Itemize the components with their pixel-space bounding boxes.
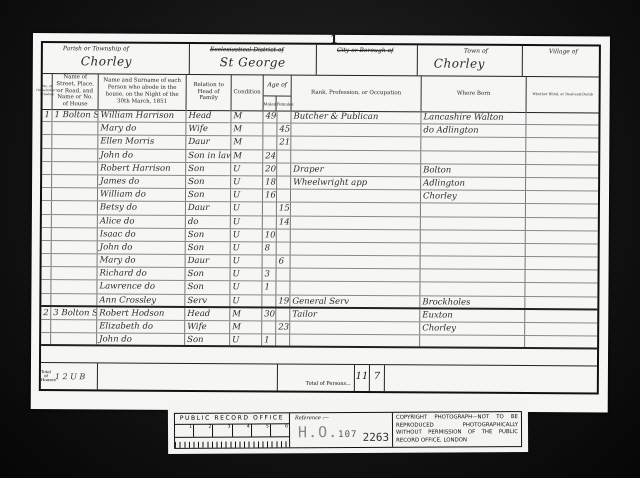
cell-street: [52, 241, 98, 253]
cell-name: John do: [97, 334, 185, 346]
cell-relation: Son: [186, 163, 231, 175]
cell-condition: U: [231, 163, 263, 175]
cell-female-age: 6: [277, 256, 291, 268]
cell-name: William do: [98, 189, 186, 202]
cell-infirmity: [526, 244, 598, 257]
town-value: Chorley: [434, 56, 485, 70]
copyright-notice: COPYRIGHT PHOTOGRAPH—NOT TO BE REPRODUCE…: [393, 412, 521, 447]
column-headers: No. of Householder's Schedule Name of St…: [43, 73, 599, 113]
cell-condition: M: [230, 308, 262, 320]
cell-name: James do: [98, 175, 186, 188]
cell-condition: U: [231, 216, 263, 228]
cell-born: [421, 256, 526, 269]
cell-female-age: [277, 229, 291, 241]
census-form: Parish or Township of Chorley Ecclesiast…: [39, 41, 601, 394]
cell-male-age: 20: [263, 163, 277, 175]
cell-schedule: [42, 162, 52, 174]
total-females: 7: [370, 365, 385, 391]
cell-condition: M: [231, 150, 263, 162]
cell-relation: Son: [186, 176, 231, 188]
cell-born: [421, 217, 526, 230]
cell-female-age: [277, 190, 291, 202]
cell-relation: Daur: [186, 255, 231, 267]
cell-born: [420, 283, 525, 296]
cell-condition: M: [230, 321, 262, 333]
cell-male-age: 1: [262, 335, 276, 346]
cell-occupation: [291, 203, 421, 216]
cell-schedule: [42, 215, 52, 227]
cell-relation: Wife: [185, 321, 230, 333]
cell-condition: U: [231, 203, 263, 215]
cell-male-age: 24: [263, 150, 277, 162]
cell-street: [52, 135, 98, 147]
cell-condition: U: [231, 255, 263, 267]
total-houses: Total of Houses 1 2 U B: [41, 363, 98, 389]
cell-male-age: [263, 124, 277, 136]
ecclesiastical-field: Ecclesiastical District of St George: [190, 44, 317, 75]
cell-infirmity: [525, 323, 597, 336]
cell-female-age: [277, 176, 291, 188]
cell-relation: Son: [186, 242, 231, 254]
cell-street: [52, 215, 98, 227]
cell-schedule: [42, 201, 52, 213]
cell-occupation: Butcher & Publican: [291, 111, 421, 124]
cell-relation: do: [186, 215, 231, 227]
cell-name: Mary do: [98, 123, 186, 136]
cell-occupation: [291, 124, 421, 137]
form-header: Parish or Township of Chorley Ecclesiast…: [43, 43, 599, 77]
cell-relation: Wife: [186, 123, 231, 135]
cell-occupation: Draper: [291, 163, 421, 176]
cell-female-age: [276, 308, 290, 320]
ecclesiastical-value: St George: [220, 55, 286, 69]
cell-relation: Daur: [186, 202, 231, 214]
cell-condition: U: [231, 176, 263, 188]
cell-condition: U: [230, 268, 262, 280]
cell-born: Adlington: [421, 177, 526, 190]
cell-name: Alice do: [98, 215, 186, 228]
cell-born: Lancashire Walton: [421, 111, 526, 124]
table-row: John doSonU1: [41, 333, 597, 350]
cell-street: [51, 333, 97, 344]
cell-male-age: 49: [263, 110, 277, 122]
cell-street: [51, 294, 97, 305]
cell-female-age: [277, 163, 291, 175]
cell-occupation: [291, 229, 421, 242]
cell-schedule: [41, 280, 51, 292]
census-rows: 11 Bolton StreetWilliam HarrisonHeadM49B…: [41, 109, 598, 350]
cell-schedule: [41, 294, 51, 305]
cell-female-age: 15: [277, 203, 291, 215]
cell-name: Richard do: [97, 268, 185, 281]
cell-name: Ann Crossley: [97, 294, 185, 306]
city-field: City or Borough of: [317, 45, 418, 76]
cell-street: [52, 162, 98, 174]
cell-infirmity: [525, 336, 597, 348]
cell-occupation: [291, 150, 421, 163]
cell-schedule: [42, 241, 52, 253]
cell-infirmity: [526, 204, 598, 217]
cell-schedule: [42, 122, 52, 134]
cell-male-age: [263, 216, 277, 228]
cell-infirmity: [526, 191, 598, 204]
cell-born: [421, 204, 526, 217]
total-persons-label: Total of Persons...: [278, 365, 355, 391]
cell-relation: Son in law: [186, 150, 231, 162]
cell-female-age: 19: [276, 295, 290, 306]
cell-occupation: [291, 137, 421, 150]
cell-born: Brockholes: [420, 296, 525, 308]
cell-condition: U: [230, 295, 262, 306]
cell-name: Ellen Morris: [98, 136, 186, 149]
cell-relation: Son: [185, 281, 230, 293]
cell-male-age: 8: [263, 242, 277, 254]
cell-female-age: 14: [277, 216, 291, 228]
cell-occupation: [291, 190, 421, 203]
cell-born: [420, 336, 525, 348]
cell-schedule: [42, 254, 52, 266]
cell-occupation: General Serv: [290, 295, 420, 307]
cell-born: [421, 138, 526, 151]
cell-condition: U: [231, 242, 263, 254]
cell-male-age: 3: [262, 269, 276, 281]
cell-condition: M: [231, 123, 263, 135]
age-header: Age of Males Females: [264, 74, 292, 110]
cell-street: [52, 254, 98, 266]
cell-occupation: Wheelwright app: [291, 177, 421, 190]
cell-male-age: 30: [262, 308, 276, 320]
cell-street: [51, 281, 97, 293]
cell-male-age: [263, 203, 277, 215]
cell-born: [421, 243, 526, 256]
cell-male-age: 16: [263, 190, 277, 202]
cell-street: [52, 188, 98, 200]
cell-relation: Head: [186, 110, 231, 122]
cell-name: John do: [98, 241, 186, 254]
cell-occupation: [290, 335, 420, 347]
cell-female-age: 23: [276, 321, 290, 333]
cell-condition: U: [231, 189, 263, 201]
cell-name: Robert Hodson: [97, 307, 185, 320]
total-males: 11: [355, 365, 370, 391]
cell-female-age: 21: [277, 137, 291, 149]
cell-schedule: 2: [41, 307, 51, 319]
cell-female-age: 45: [277, 124, 291, 136]
cell-condition: M: [231, 110, 263, 122]
cell-infirmity: [526, 138, 598, 151]
cell-schedule: [42, 228, 52, 240]
cell-male-age: [262, 321, 276, 333]
cell-name: Robert Harrison: [98, 162, 186, 175]
cell-infirmity: [526, 112, 598, 125]
cell-occupation: [290, 269, 420, 282]
cell-male-age: [263, 255, 277, 267]
cell-born: [421, 230, 526, 243]
cell-relation: Head: [185, 308, 230, 320]
parish-field: Parish or Township of Chorley: [43, 43, 190, 74]
cell-street: [52, 201, 98, 213]
cell-schedule: [42, 149, 52, 161]
cell-female-age: [276, 282, 290, 294]
cell-occupation: [291, 216, 421, 229]
cell-born: Bolton: [421, 164, 526, 177]
cell-street: [52, 175, 98, 187]
census-page: 1 Parish or Township of Chorley Ecclesia…: [31, 33, 610, 413]
cell-name: John do: [98, 149, 186, 162]
cell-name: Isaac do: [98, 228, 186, 241]
cell-female-age: [277, 242, 291, 254]
cell-infirmity: [526, 178, 598, 191]
form-footer: Total of Houses 1 2 U B Total of Persons…: [41, 362, 597, 392]
cell-infirmity: [526, 125, 598, 138]
cell-male-age: 18: [263, 176, 277, 188]
cell-infirmity: [526, 152, 598, 165]
cell-infirmity: [526, 165, 598, 178]
cell-relation: Son: [185, 268, 230, 280]
cell-relation: Son: [186, 229, 231, 241]
piece-number: 2263: [363, 431, 390, 444]
cell-female-age: [276, 335, 290, 346]
cell-schedule: [42, 175, 52, 187]
cell-occupation: Tailor: [290, 308, 420, 321]
cell-street: [52, 122, 98, 134]
cell-name: Mary do: [98, 254, 186, 267]
cell-occupation: [291, 256, 421, 269]
cell-infirmity: [525, 310, 597, 323]
ruler-ticks: [175, 437, 289, 448]
cell-born: Chorley: [420, 322, 525, 335]
parish-value: Chorley: [81, 54, 132, 68]
cell-female-age: [276, 269, 290, 281]
cell-schedule: [41, 267, 51, 279]
cell-relation: Daur: [186, 136, 231, 148]
cell-occupation: [291, 242, 421, 255]
cell-male-age: 10: [263, 229, 277, 241]
reference-box: Reference :— H.O.107 2263: [290, 413, 393, 448]
cell-street: [51, 320, 97, 332]
cell-male-age: [263, 137, 277, 149]
cell-infirmity: [526, 218, 598, 231]
cell-born: [421, 151, 526, 164]
cell-schedule: [41, 333, 51, 344]
cell-occupation: [290, 282, 420, 295]
cell-name: William Harrison: [98, 109, 186, 122]
cell-condition: U: [231, 229, 263, 241]
cell-street: [51, 267, 97, 279]
cell-relation: Serv: [185, 295, 230, 306]
cell-relation: Son: [186, 189, 231, 201]
cell-schedule: [41, 320, 51, 332]
cell-schedule: 1: [42, 109, 52, 121]
cell-born: Euxton: [420, 309, 525, 322]
cell-schedule: [42, 135, 52, 147]
cell-male-age: [262, 295, 276, 306]
cell-street: 3 Bolton Street: [51, 307, 97, 319]
cell-condition: U: [230, 282, 262, 294]
town-field: Town of Chorley: [418, 45, 523, 76]
cell-male-age: 1: [262, 282, 276, 294]
cell-relation: Son: [185, 334, 230, 345]
cell-occupation: [290, 322, 420, 335]
cell-street: [52, 228, 98, 240]
cell-born: Chorley: [421, 190, 526, 203]
cell-infirmity: [526, 257, 598, 270]
village-field: Village of: [523, 46, 599, 76]
cell-name: Betsy do: [98, 202, 186, 215]
cell-name: Lawrence do: [97, 281, 185, 294]
cell-street: 1 Bolton Street: [52, 109, 98, 121]
cell-name: Elizabeth do: [97, 320, 185, 333]
cell-infirmity: [526, 231, 598, 244]
cell-condition: U: [230, 334, 262, 345]
public-record-office-stamp: PUBLIC RECORD OFFICE 1 2 3 4 5 6 Referen…: [168, 398, 528, 454]
cell-female-age: [277, 110, 291, 122]
cell-schedule: [42, 188, 52, 200]
cell-born: [420, 270, 525, 283]
cell-born: do Adlington: [421, 125, 526, 138]
cell-infirmity: [525, 297, 597, 309]
cell-infirmity: [525, 270, 597, 283]
cell-condition: M: [231, 137, 263, 149]
office-ruler: PUBLIC RECORD OFFICE 1 2 3 4 5 6: [175, 413, 290, 448]
cell-female-age: [277, 150, 291, 162]
cell-infirmity: [525, 283, 597, 296]
cell-street: [52, 149, 98, 161]
